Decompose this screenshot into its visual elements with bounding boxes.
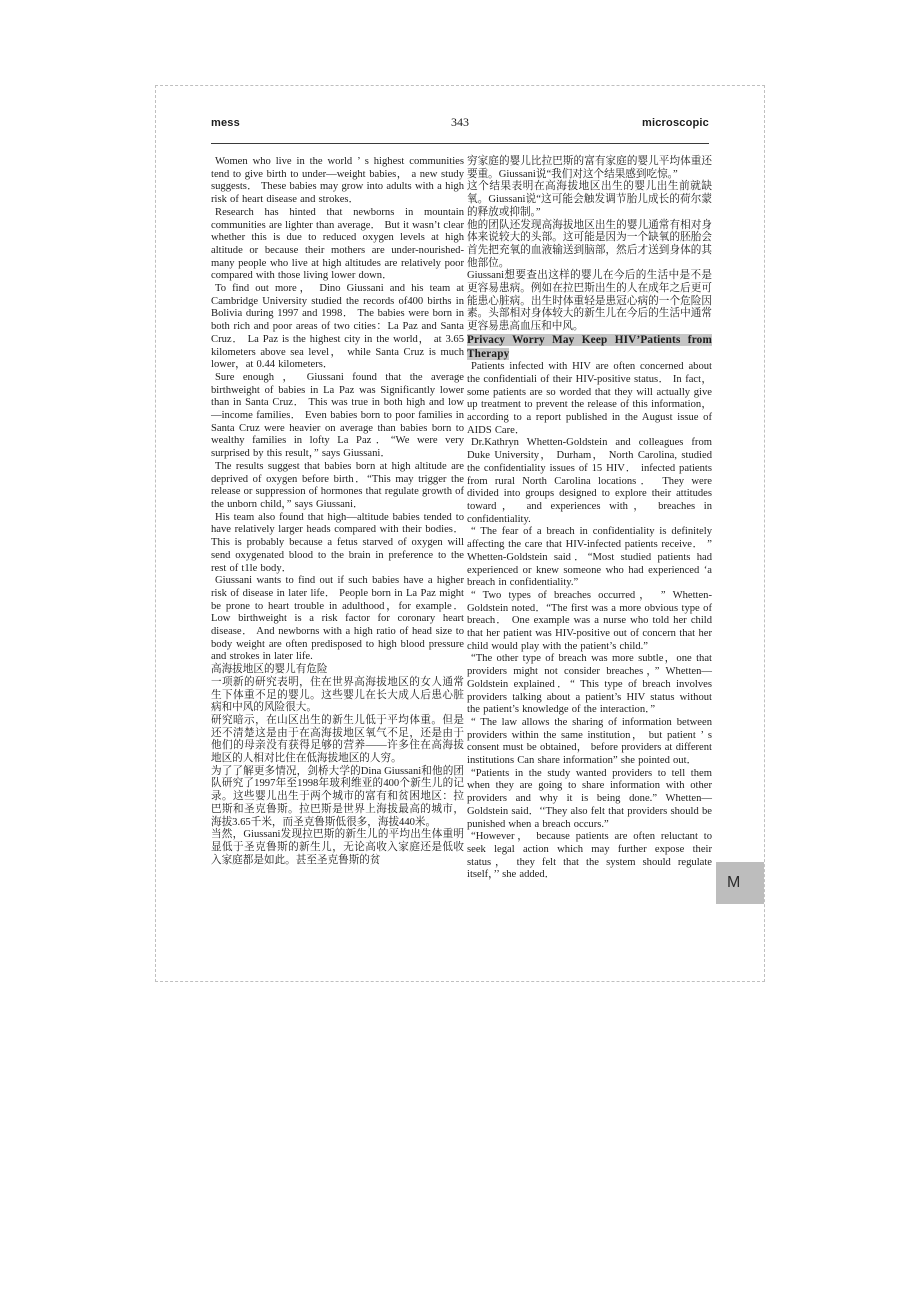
page-sheet: mess 343 microscopic Women who live in t… — [155, 85, 765, 982]
paragraph: Women who live in the world ’ s highest … — [211, 156, 464, 207]
section-heading: Privacy Worry May Keep HIV’Patients from… — [467, 334, 712, 361]
paragraph: To find out more， Dino Giussani and his … — [211, 283, 464, 372]
paragraph: “ Two types of breaches occurred， ” Whet… — [467, 590, 712, 654]
paragraph: “ The fear of a breach in confidentialit… — [467, 526, 712, 590]
paragraph: 这个结果表明在高海拔地区出生的婴儿出生前就缺氧。Giussani说“这可能会触发… — [467, 181, 712, 219]
paragraph: 他的团队还发现高海拔地区出生的婴儿通常有相对身体来说较大的头部。这可能是因为一个… — [467, 220, 712, 271]
paragraph: 为了了解更多情况，剑桥大学的Dina Giussani和他的团队研究了1997年… — [211, 766, 464, 830]
paragraph: “ The law allows the sharing of informat… — [467, 717, 712, 768]
paragraph: 当然，Giussani发现拉巴斯的新生儿的平均出生体重明显低于圣克鲁斯的新生儿，… — [211, 829, 464, 867]
letter-tab-m: M — [716, 862, 764, 904]
header-divider — [211, 143, 709, 144]
section-title-zh: 高海拔地区的婴儿有危险 — [211, 664, 464, 677]
paragraph: The results suggest that babies born at … — [211, 461, 464, 512]
paragraph: His team also found that high—altitude b… — [211, 512, 464, 576]
paragraph: 一项新的研究表明，住在世界高海拔地区的女人通常生下体重不足的婴儿。这些婴儿在长大… — [211, 677, 464, 715]
paragraph: Research has hinted that newborns in mou… — [211, 207, 464, 283]
paragraph: 研究暗示，在山区出生的新生儿低于平均体重。但是还不清楚这是由于在高海拔地区氧气不… — [211, 715, 464, 766]
paragraph: Giussani wants to find out if such babie… — [211, 575, 464, 664]
paragraph: 穷家庭的婴儿比拉巴斯的富有家庭的婴儿平均体重还要重。Giussani说“我们对这… — [467, 156, 712, 181]
section-heading-text: Privacy Worry May Keep HIV’Patients from… — [467, 334, 712, 360]
page-number: 343 — [211, 115, 709, 130]
paragraph: Dr.Kathryn Whetten-Goldstein and colleag… — [467, 437, 712, 526]
letter-tab-label: M — [716, 874, 740, 892]
running-head-right: microscopic — [642, 117, 709, 129]
column-right: 穷家庭的婴儿比拉巴斯的富有家庭的婴儿平均体重还要重。Giussani说“我们对这… — [467, 156, 712, 882]
paragraph: Giussani想要查出这样的婴儿在今后的生活中是不是更容易患病。例如在拉巴斯出… — [467, 270, 712, 334]
paragraph: Sure enough ， Giussani found that the av… — [211, 372, 464, 461]
running-head: mess 343 microscopic — [211, 115, 709, 131]
column-left: Women who live in the world ’ s highest … — [211, 156, 464, 867]
paragraph: “However， because patients are often rel… — [467, 831, 712, 882]
paragraph: “Patients in the study wanted providers … — [467, 768, 712, 832]
paragraph: Patients infected with HIV are often con… — [467, 361, 712, 437]
paragraph: “The other type of breach was more subtl… — [467, 653, 712, 717]
